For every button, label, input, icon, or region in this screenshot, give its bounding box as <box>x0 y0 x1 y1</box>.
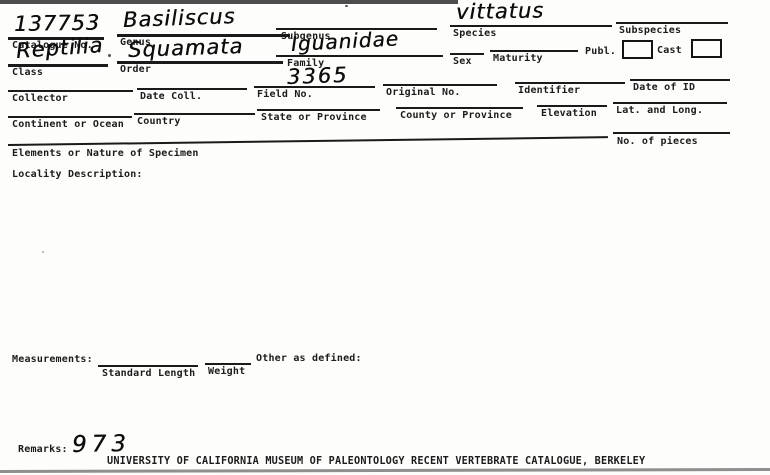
label-field-no: Field No. <box>257 89 313 100</box>
label-standard-length: Standard Length <box>102 368 195 379</box>
rule-standard-length <box>98 365 198 367</box>
handwritten-genus: Basiliscus <box>123 5 236 31</box>
rule-species <box>450 25 612 27</box>
rule-family <box>276 55 443 57</box>
label-remarks: Remarks: <box>18 444 68 455</box>
handwritten-species: vittatus <box>456 0 544 23</box>
rule-no-of-pieces <box>613 132 730 134</box>
rule-state <box>257 109 380 111</box>
label-locality: Locality Description: <box>12 169 143 180</box>
label-date-of-id: Date of ID <box>633 82 695 93</box>
rule-lat-long <box>613 102 727 104</box>
label-lat-long: Lat. and Long. <box>616 105 703 116</box>
footer-title: UNIVERSITY OF CALIFORNIA MUSEUM OF PALEO… <box>107 456 645 467</box>
catalog-card: 137753 Catalogue No. Basiliscus Genus Su… <box>0 0 770 475</box>
label-elements: Elements or Nature of Specimen <box>12 148 199 159</box>
rule-subspecies <box>616 22 728 24</box>
rule-field-no <box>254 86 375 88</box>
label-date-coll: Date Coll. <box>140 91 202 102</box>
handwritten-family-no: 3365 <box>287 64 349 88</box>
handwritten-remarks: 973 <box>72 433 131 456</box>
scan-edge-bottom <box>0 468 770 473</box>
label-other-as-defined: Other as defined: <box>256 353 362 364</box>
label-sex: Sex <box>453 56 472 67</box>
ink-speck <box>345 5 348 7</box>
label-elevation: Elevation <box>541 108 597 119</box>
label-class: Class <box>12 67 43 78</box>
rule-elements <box>8 136 608 146</box>
label-original-no: Original No. <box>386 87 461 98</box>
ink-speck <box>42 251 44 253</box>
label-order: Order <box>120 64 151 75</box>
rule-continent <box>8 116 132 118</box>
handwritten-catalogue-no: 137753 <box>14 11 101 35</box>
label-collector: Collector <box>12 93 68 104</box>
label-country: Country <box>137 116 181 127</box>
rule-identifier <box>515 82 625 84</box>
label-cast: Cast <box>657 45 682 56</box>
rule-date-of-id <box>630 79 730 81</box>
label-publ: Publ. <box>585 46 616 57</box>
handwritten-family: Iguanidae <box>290 27 399 55</box>
rule-elevation <box>537 105 607 107</box>
label-species: Species <box>453 28 497 39</box>
label-subspecies: Subspecies <box>619 25 681 36</box>
label-state: State or Province <box>261 112 367 123</box>
handwritten-order: Squamata <box>128 35 244 61</box>
rule-country <box>134 113 255 115</box>
rule-original-no <box>383 84 497 86</box>
label-county: County or Province <box>400 110 512 121</box>
publ-checkbox <box>622 40 653 59</box>
label-no-of-pieces: No. of pieces <box>617 136 698 147</box>
label-identifier: Identifier <box>518 85 580 96</box>
rule-weight <box>205 363 251 365</box>
cast-checkbox <box>691 39 722 58</box>
label-weight: Weight <box>208 366 245 377</box>
rule-county <box>396 107 523 109</box>
label-maturity: Maturity <box>493 53 543 64</box>
rule-collector <box>8 90 133 92</box>
handwritten-class: Reptilia <box>15 34 104 62</box>
rule-sex <box>450 53 484 55</box>
rule-date-coll <box>137 88 247 90</box>
label-continent: Continent or Ocean <box>12 119 124 130</box>
rule-maturity <box>490 50 578 52</box>
label-measurements: Measurements: <box>12 354 93 365</box>
ink-speck <box>108 54 111 57</box>
